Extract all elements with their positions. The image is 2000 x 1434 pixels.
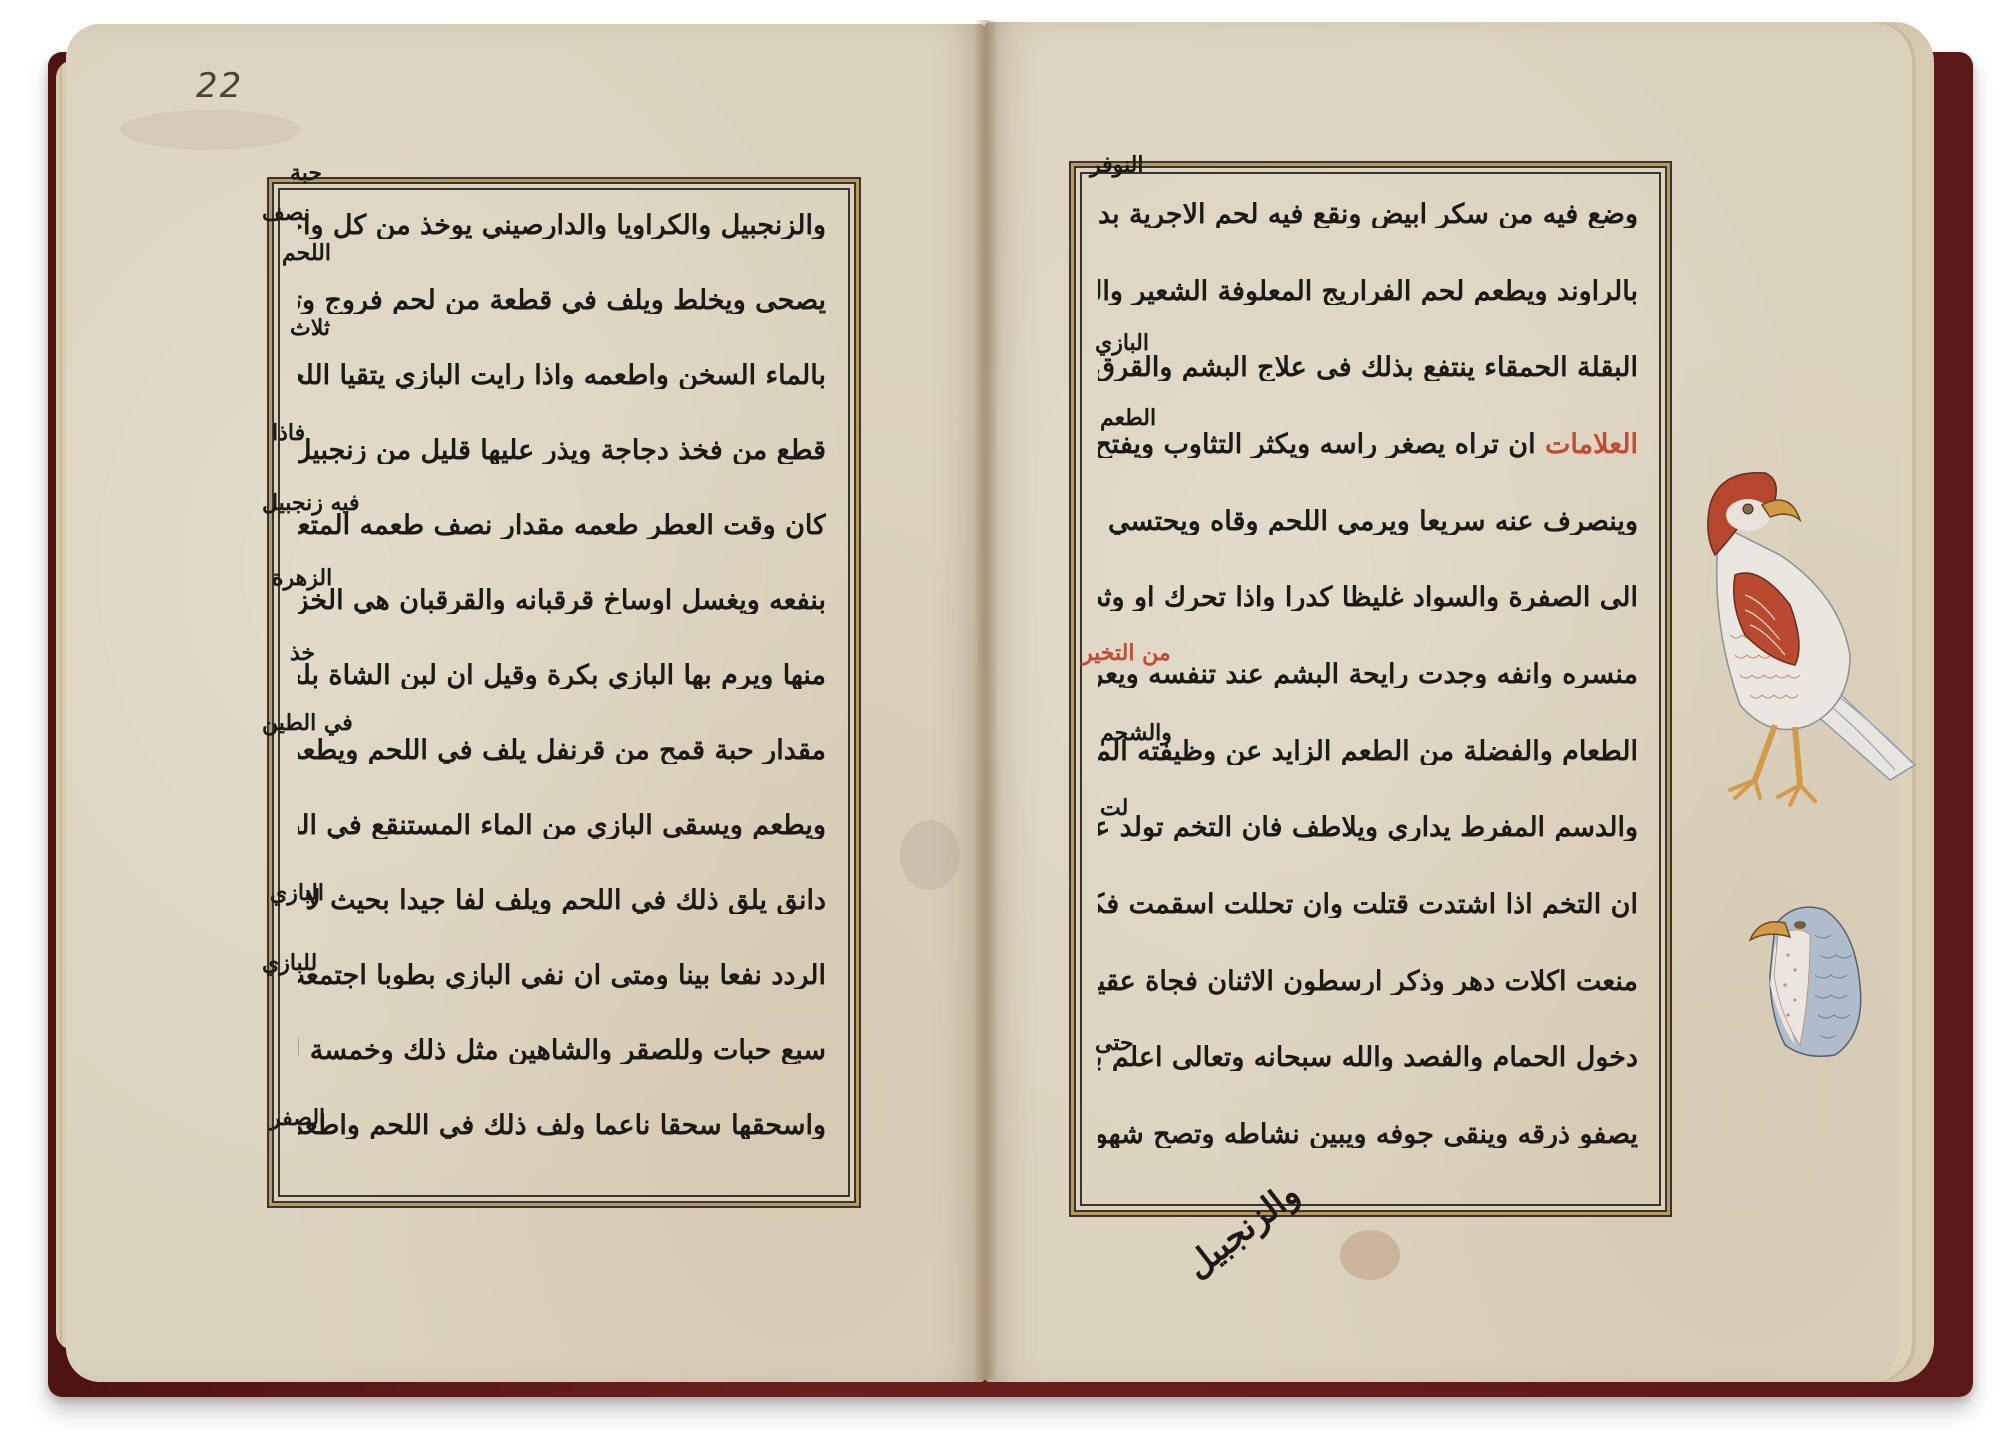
- marginal-gloss: لت: [1100, 795, 1128, 821]
- falcon-head-illustration-icon: [1740, 895, 1880, 1065]
- text-line: العلامات ان تراه يصغر راسه ويكثر التثاوب…: [1098, 431, 1638, 458]
- left-text-block: والزنجبيل والكراويا والدارصيني يوخذ من ك…: [298, 200, 826, 1180]
- marginal-gloss: حبة: [290, 160, 322, 186]
- text-line: دخول الحمام والفصد والله سبحانه وتعالى ا…: [1098, 1044, 1638, 1071]
- marginal-gloss: ثلاث: [290, 315, 330, 341]
- line-text: دخول الحمام والفصد والله سبحانه وتعالى ا…: [1098, 1044, 1638, 1071]
- marginal-gloss: اللحم: [282, 240, 331, 266]
- line-text: البقلة الحمقاء ينتفع بذلك فى علاج البشم …: [1098, 354, 1638, 381]
- line-text: منعت اكلات دهر وذكر ارسطون الاثنان فجاة …: [1098, 968, 1638, 995]
- text-line: وينصرف عنه سريعا ويرمي اللحم وقاه ويحتسي…: [1098, 508, 1638, 535]
- falcon-illustration-icon: [1700, 465, 1930, 825]
- text-line: كان وقت العطر طعمه مقدار نصف طعمه المتعا…: [298, 512, 826, 539]
- line-text: الطعام والفضلة من الطعم الزايد عن وظيفته…: [1098, 738, 1638, 765]
- line-text: وينصرف عنه سريعا ويرمي اللحم وقاه ويحتسي…: [1098, 508, 1638, 535]
- marginal-gloss: حتى: [1095, 1030, 1134, 1056]
- line-text: بالراوند ويطعم لحم الفراريج المعلوفة الش…: [1098, 278, 1638, 305]
- marginal-gloss: الصفر: [270, 1105, 325, 1131]
- text-line: سبع حبات وللصقر والشاهين مثل ذلك وخمسة ل…: [298, 1037, 826, 1064]
- line-text: الى الصفرة والسواد غليظا كدرا واذا تحرك …: [1098, 584, 1638, 611]
- text-line: يصفو ذرقه وينقى جوفه ويبين نشاطه وتصح شه…: [1098, 1121, 1638, 1148]
- marginal-gloss: الزهرة: [272, 565, 332, 591]
- text-line: منسره وانفه وجدت رايحة البشم عند تنفسه و…: [1098, 661, 1638, 688]
- line-text: وضع فيه من سكر ابيض ونقع فيه لحم الاجرية…: [1098, 201, 1638, 228]
- stain: [120, 110, 300, 150]
- book-gutter: [975, 20, 997, 1380]
- text-line: ان التخم اذا اشتدت قتلت وان تحللت اسقمت …: [1098, 891, 1638, 918]
- marginal-gloss: والشحم: [1100, 720, 1172, 746]
- text-line: واسحقها سحقا ناعما ولف ذلك في اللحم واطع…: [298, 1112, 826, 1139]
- text-line: دانق يلق ذلك في اللحم ويلف لفا جيدا بحيث…: [298, 887, 826, 914]
- text-line: البقلة الحمقاء ينتفع بذلك فى علاج البشم …: [1098, 354, 1638, 381]
- text-line: والزنجبيل والكراويا والدارصيني يوخذ من ك…: [298, 212, 826, 239]
- marginal-gloss: الطعم: [1100, 405, 1156, 431]
- line-text: منسره وانفه وجدت رايحة البشم عند تنفسه و…: [1098, 661, 1638, 688]
- line-text: والدسم المفرط يداري ويلاطف فان التخم تول…: [1098, 814, 1638, 841]
- stain: [900, 820, 960, 890]
- marginal-gloss: خذ: [290, 640, 315, 666]
- line-text: ان تراه يصغر راسه ويكثر التثاوب ويفتح من…: [1098, 431, 1536, 458]
- text-line: مقدار حبة قمح من قرنفل يلف في اللحم ويطع…: [298, 737, 826, 764]
- line-text: يصفو ذرقه وينقى جوفه ويبين نشاطه وتصح شه…: [1098, 1121, 1638, 1148]
- text-line: الطعام والفضلة من الطعم الزايد عن وظيفته…: [1098, 738, 1638, 765]
- text-line: ويطعم ويسقى البازي من الماء المستنقع في …: [298, 812, 826, 839]
- text-line: بالراوند ويطعم لحم الفراريج المعلوفة الش…: [1098, 278, 1638, 305]
- text-line: والدسم المفرط يداري ويلاطف فان التخم تول…: [1098, 814, 1638, 841]
- rubric-heading: العلامات: [1545, 431, 1638, 458]
- text-line: بنفعه ويغسل اوساخ قرقبانه والقرقبان هي ا…: [298, 587, 826, 614]
- marginal-gloss: البازي: [270, 880, 324, 906]
- marginal-gloss: نصف: [262, 200, 310, 226]
- text-line: يصحى ويخلط ويلف في قطعة من لحم فروج وتطع…: [298, 287, 826, 314]
- marginal-gloss: فاذا: [272, 420, 305, 446]
- text-line: الردد نفعا بينا ومتى ان نفي البازي بطوبا…: [298, 962, 826, 989]
- text-line: قطع من فخذ دجاجة ويذر عليها قليل من زنجب…: [298, 437, 826, 464]
- text-line: وضع فيه من سكر ابيض ونقع فيه لحم الاجرية…: [1098, 201, 1638, 228]
- stain: [1340, 1230, 1400, 1280]
- marginal-gloss-rubric: من التخير: [1082, 640, 1171, 666]
- marginal-gloss: البازي: [1095, 330, 1149, 356]
- right-text-block: وضع فيه من سكر ابيض ونقع فيه لحم الاجرية…: [1098, 186, 1638, 1196]
- text-line: بالماء السخن واطعمه واذا رايت البازي يتق…: [298, 362, 826, 389]
- text-line: منها ويرم بها البازي بكرة وقيل ان لبن ال…: [298, 662, 826, 689]
- text-line: منعت اكلات دهر وذكر ارسطون الاثنان فجاة …: [1098, 968, 1638, 995]
- marginal-gloss: للبازي: [262, 950, 317, 976]
- marginal-gloss: في الطين: [262, 710, 353, 736]
- marginal-gloss: النوفر: [1090, 152, 1143, 178]
- line-text: ان التخم اذا اشتدت قتلت وان تحللت اسقمت …: [1098, 891, 1638, 918]
- marginal-gloss: فيه زنجبيل: [262, 490, 360, 516]
- folio-number: 22: [196, 66, 243, 106]
- text-line: الى الصفرة والسواد غليظا كدرا واذا تحرك …: [1098, 584, 1638, 611]
